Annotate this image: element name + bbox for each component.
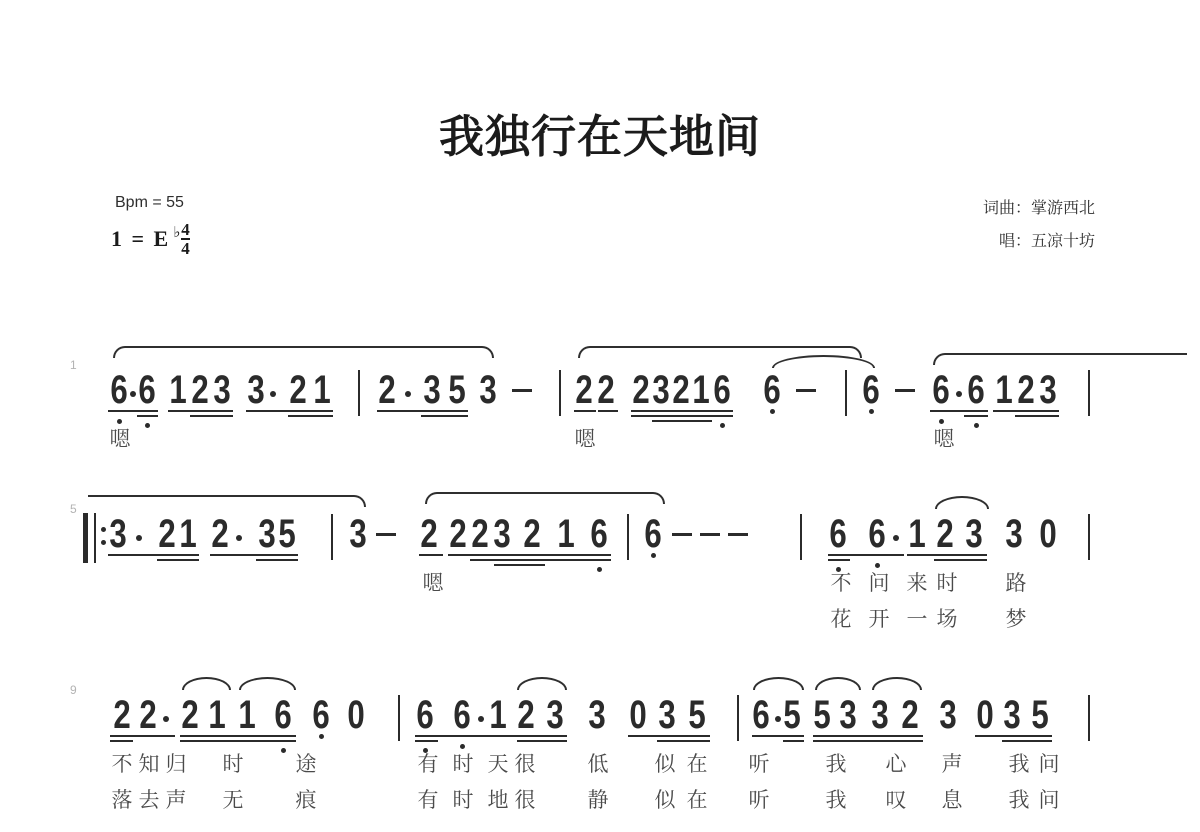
- beam-line: [813, 740, 923, 742]
- note: 3: [420, 370, 443, 410]
- note: 6: [749, 695, 772, 735]
- note: 0: [626, 695, 649, 735]
- lyric-syllable: 途: [293, 748, 319, 778]
- lyric-syllable: 落: [109, 784, 135, 814]
- beam-line: [448, 554, 472, 556]
- note: 3: [1000, 695, 1023, 735]
- beam-line: [652, 420, 712, 422]
- note: 2: [898, 695, 921, 735]
- beam-line: [108, 410, 158, 412]
- note: 3: [1036, 370, 1059, 410]
- lyric-syllable: 路: [1003, 567, 1029, 597]
- repeat-barline-thin: [94, 513, 96, 563]
- note: 6: [309, 695, 332, 735]
- beam-line: [256, 559, 298, 561]
- slur-arc: [425, 492, 665, 504]
- augmentation-dot: [270, 391, 276, 397]
- beam-line: [288, 415, 333, 417]
- beam-line: [190, 415, 233, 417]
- measure-number: 5: [70, 502, 77, 516]
- lyric-syllable: 嗯: [572, 423, 598, 453]
- beam-line: [494, 564, 545, 566]
- note: 2: [933, 514, 956, 554]
- note: 6: [826, 514, 849, 554]
- extension-dash: [796, 389, 816, 392]
- system: 53212353222321666612330嗯不问来时路花开一场梦: [0, 520, 1200, 640]
- beam-line: [180, 740, 296, 742]
- augmentation-dot: [136, 535, 142, 541]
- beam-line: [415, 740, 438, 742]
- lyric-syllable: 静: [585, 784, 611, 814]
- system: 166123321235322232166666123嗯嗯嗯: [0, 376, 1200, 496]
- lyric-syllable: 一: [904, 603, 930, 633]
- lyric-syllable: 我: [823, 748, 849, 778]
- lyric-syllable: 时: [450, 748, 476, 778]
- note: 1: [166, 370, 189, 410]
- repeat-barline-thick: [83, 513, 88, 563]
- lyric-syllable: 很: [512, 748, 538, 778]
- lyric-syllable: 嗯: [420, 567, 446, 597]
- lyric-syllable: 问: [1036, 748, 1062, 778]
- beam-line: [631, 415, 733, 417]
- lyric-syllable: 时: [450, 784, 476, 814]
- beam-line: [157, 559, 199, 561]
- note: 5: [810, 695, 833, 735]
- lyric-syllable: 我: [823, 784, 849, 814]
- note: 2: [188, 370, 211, 410]
- octave-dot: [319, 734, 324, 739]
- note: 2: [178, 695, 201, 735]
- note: 2: [468, 514, 491, 554]
- note: 3: [210, 370, 233, 410]
- beam-line: [628, 735, 710, 737]
- extension-dash: [700, 533, 720, 536]
- note: 3: [543, 695, 566, 735]
- note: 6: [859, 370, 882, 410]
- beam-line: [964, 415, 988, 417]
- beam-line: [246, 410, 333, 412]
- lyric-syllable: 心: [883, 748, 909, 778]
- barline: [1088, 370, 1090, 416]
- lyric-syllable: 场: [934, 603, 960, 633]
- lyric-syllable: 不: [109, 748, 135, 778]
- lyric-syllable: 声: [939, 748, 965, 778]
- extension-dash: [672, 533, 692, 536]
- beam-line: [975, 735, 1052, 737]
- octave-dot: [281, 748, 286, 753]
- lyric-syllable: 有: [415, 748, 441, 778]
- beam-line: [110, 740, 133, 742]
- note: 2: [520, 514, 543, 554]
- note: 6: [929, 370, 952, 410]
- lyric-syllable: 有: [415, 784, 441, 814]
- note: 2: [1014, 370, 1037, 410]
- note: 3: [1002, 514, 1025, 554]
- note: 2: [446, 514, 469, 554]
- lyric-syllable: 天: [485, 748, 511, 778]
- beam-line: [168, 410, 233, 412]
- lyric-syllable: 似: [652, 748, 678, 778]
- beam-line: [110, 735, 175, 737]
- octave-dot: [145, 423, 150, 428]
- lyric-syllable: 时: [934, 567, 960, 597]
- note: 6: [450, 695, 473, 735]
- note: 2: [155, 514, 178, 554]
- note: 0: [973, 695, 996, 735]
- beam-line: [598, 410, 618, 412]
- note: 2: [286, 370, 309, 410]
- lyric-syllable: 低: [585, 748, 611, 778]
- lyric-syllable: 很: [512, 784, 538, 814]
- lyric-syllable: 问: [1036, 784, 1062, 814]
- beam-line: [421, 415, 468, 417]
- note: 3: [106, 514, 129, 554]
- score: 166123321235322232166666123嗯嗯嗯5321235322…: [0, 0, 1200, 832]
- note: 2: [417, 514, 440, 554]
- augmentation-dot: [893, 535, 899, 541]
- barline: [1088, 695, 1090, 741]
- octave-dot: [651, 553, 656, 558]
- note: 1: [554, 514, 577, 554]
- barline: [559, 370, 561, 416]
- lyric-syllable: 我: [1006, 784, 1032, 814]
- barline: [1088, 514, 1090, 560]
- barline: [627, 514, 629, 560]
- beam-line: [517, 740, 567, 742]
- beam-line: [828, 559, 850, 561]
- lyric-syllable: 时: [220, 748, 246, 778]
- beam-line: [657, 740, 710, 742]
- note: 2: [375, 370, 398, 410]
- lyric-syllable: 听: [746, 748, 772, 778]
- note: 3: [655, 695, 678, 735]
- beam-line: [210, 554, 298, 556]
- note: 2: [208, 514, 231, 554]
- note: 6: [760, 370, 783, 410]
- beam-line: [1015, 415, 1059, 417]
- lyric-syllable: 嗯: [931, 423, 957, 453]
- lyric-syllable: 知: [136, 748, 162, 778]
- note: 5: [685, 695, 708, 735]
- octave-dot: [597, 567, 602, 572]
- note: 3: [868, 695, 891, 735]
- slur-arc: [872, 677, 922, 690]
- note: 2: [136, 695, 159, 735]
- slur-arc: [935, 496, 989, 509]
- note: 1: [486, 695, 509, 735]
- augmentation-dot: [236, 535, 242, 541]
- extension-dash: [895, 389, 915, 392]
- lyric-syllable: 声: [163, 784, 189, 814]
- lyric-syllable: 听: [746, 784, 772, 814]
- lyric-syllable: 花: [828, 603, 854, 633]
- beam-line: [752, 735, 804, 737]
- octave-dot: [974, 423, 979, 428]
- beam-line: [631, 410, 733, 412]
- note: 6: [413, 695, 436, 735]
- barline: [331, 514, 333, 560]
- beam-line: [813, 735, 923, 737]
- augmentation-dot: [405, 391, 411, 397]
- note: 3: [936, 695, 959, 735]
- lyric-syllable: 归: [163, 748, 189, 778]
- note: 6: [710, 370, 733, 410]
- repeat-dot: [101, 527, 106, 532]
- beam-line: [180, 735, 296, 737]
- note: 2: [514, 695, 537, 735]
- note: 6: [107, 370, 130, 410]
- extension-dash: [376, 533, 396, 536]
- beam-line: [783, 740, 804, 742]
- note: 5: [1028, 695, 1051, 735]
- barline: [358, 370, 360, 416]
- barline: [845, 370, 847, 416]
- system: 9222116606612330356553323035不知归时途有时天很低似在…: [0, 701, 1200, 821]
- lyric-syllable: 去: [136, 784, 162, 814]
- extension-dash: [728, 533, 748, 536]
- barline: [800, 514, 802, 560]
- beam-line: [930, 410, 988, 412]
- note: 6: [641, 514, 664, 554]
- note: 3: [476, 370, 499, 410]
- note: 1: [992, 370, 1015, 410]
- octave-dot: [770, 409, 775, 414]
- beam-line: [1002, 740, 1052, 742]
- lyric-syllable: 在: [684, 748, 710, 778]
- lyric-syllable: 地: [485, 784, 511, 814]
- note: 2: [572, 370, 595, 410]
- note: 3: [836, 695, 859, 735]
- augmentation-dot: [163, 716, 169, 722]
- note: 3: [585, 695, 608, 735]
- measure-number: 1: [70, 358, 77, 372]
- note: 6: [865, 514, 888, 554]
- barline: [398, 695, 400, 741]
- note: 6: [587, 514, 610, 554]
- note: 1: [310, 370, 333, 410]
- octave-dot: [869, 409, 874, 414]
- note: 6: [135, 370, 158, 410]
- lyric-syllable: 来: [904, 567, 930, 597]
- lyric-syllable: 似: [652, 784, 678, 814]
- note: 1: [235, 695, 258, 735]
- lyric-syllable: 开: [866, 603, 892, 633]
- beam-line: [470, 559, 611, 561]
- lyric-syllable: 问: [866, 567, 892, 597]
- note: 2: [594, 370, 617, 410]
- slur-arc: [933, 353, 1187, 365]
- extension-dash: [512, 389, 532, 392]
- note: 3: [244, 370, 267, 410]
- note: 3: [490, 514, 513, 554]
- barline: [737, 695, 739, 741]
- beam-line: [993, 410, 1059, 412]
- note: 3: [962, 514, 985, 554]
- note: 1: [176, 514, 199, 554]
- beam-line: [489, 735, 567, 737]
- beam-line: [377, 410, 468, 412]
- repeat-dot: [101, 540, 106, 545]
- augmentation-dot: [478, 716, 484, 722]
- note: 0: [344, 695, 367, 735]
- lyric-syllable: 无: [220, 784, 246, 814]
- lyric-syllable: 在: [684, 784, 710, 814]
- lyric-syllable: 我: [1006, 748, 1032, 778]
- slur-arc: [753, 677, 804, 690]
- beam-line: [415, 735, 489, 737]
- slur-arc: [113, 346, 494, 358]
- slur-arc: [815, 677, 861, 690]
- beam-line: [108, 554, 199, 556]
- note: 5: [445, 370, 468, 410]
- note: 5: [780, 695, 803, 735]
- note: 1: [205, 695, 228, 735]
- note: 2: [110, 695, 133, 735]
- beam-line: [828, 554, 904, 556]
- beam-line: [934, 559, 987, 561]
- lyric-syllable: 痕: [293, 784, 319, 814]
- lyric-syllable: 息: [939, 784, 965, 814]
- beam-line: [574, 410, 596, 412]
- note: 1: [905, 514, 928, 554]
- sheet-music-page: 我独行在天地间 Bpm = 55 1 = E ♭ 4 4 词曲：掌游西北 唱：五…: [0, 0, 1200, 832]
- beam-line: [470, 554, 611, 556]
- lyric-syllable: 嗯: [107, 423, 133, 453]
- slur-arc: [517, 677, 567, 690]
- beam-line: [419, 554, 443, 556]
- note: 0: [1036, 514, 1059, 554]
- octave-dot: [720, 423, 725, 428]
- lyric-syllable: 不: [828, 567, 854, 597]
- augmentation-dot: [956, 391, 962, 397]
- slur-arc: [239, 677, 296, 690]
- measure-number: 9: [70, 683, 77, 697]
- note: 1: [689, 370, 712, 410]
- beam-line: [907, 554, 987, 556]
- note: 6: [271, 695, 294, 735]
- beam-line: [137, 415, 158, 417]
- lyric-syllable: 梦: [1003, 603, 1029, 633]
- lyric-syllable: 叹: [883, 784, 909, 814]
- note: 5: [275, 514, 298, 554]
- note: 6: [964, 370, 987, 410]
- slur-arc: [88, 495, 366, 507]
- note: 3: [346, 514, 369, 554]
- slur-arc: [182, 677, 231, 690]
